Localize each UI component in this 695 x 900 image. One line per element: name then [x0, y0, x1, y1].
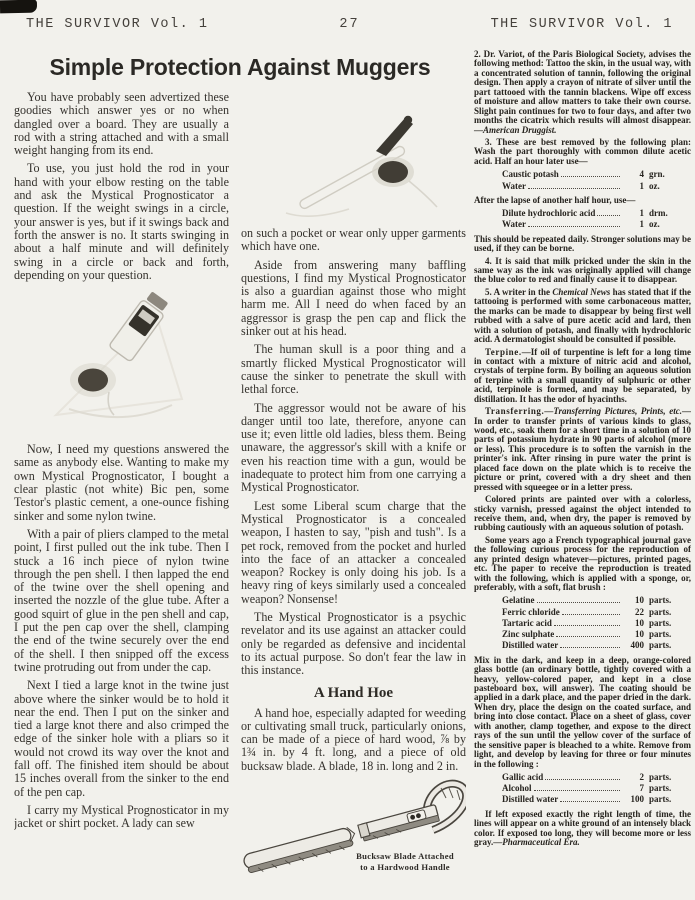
- recipe-table: Dilute hydrochloric acid 1 drm. Water 1 …: [474, 208, 691, 231]
- dot-leader: [545, 779, 620, 780]
- glue-bottle-sketch: [14, 287, 229, 439]
- ingredient-name: Distilled water: [502, 794, 558, 805]
- corner-scan-mark: [0, 0, 37, 13]
- paragraph: The Mystical Prognosticator is a psychic…: [241, 611, 466, 677]
- ingredient-unit: parts.: [644, 618, 685, 629]
- ingredient-unit: parts.: [644, 794, 685, 805]
- ingredient-unit: drm.: [644, 208, 685, 219]
- paragraph: This should be repeated daily. Stronger …: [474, 235, 691, 254]
- ingredient-name: Ferric chloride: [502, 607, 560, 618]
- ingredient-unit: parts.: [644, 607, 685, 618]
- column-right: 2. Dr. Variot, of the Paris Biological S…: [466, 50, 691, 892]
- ingredient-quantity: 4: [622, 169, 644, 180]
- ingredient-unit: parts.: [644, 629, 685, 640]
- source-citation: Pharmaceutical Era.: [502, 837, 580, 847]
- header-journal-right: THE SURVIVOR Vol. 1: [390, 17, 678, 32]
- recipe-row: Gelatine 10 parts.: [474, 595, 691, 606]
- dot-leader: [560, 801, 620, 802]
- paragraph: The aggressor would not be aware of his …: [241, 402, 466, 495]
- figure-caption: Bucksaw Blade Attached to a Hardwood Han…: [344, 851, 466, 872]
- ingredient-quantity: 10: [622, 618, 644, 629]
- ingredient-unit: oz.: [644, 181, 685, 192]
- ingredient-quantity: 22: [622, 607, 644, 618]
- recipe-row: Zinc sulphate 10 parts.: [474, 629, 691, 640]
- recipe-table: Gallic acid 2 parts. Alcohol 7 parts. Di…: [474, 772, 691, 806]
- page-header: THE SURVIVOR Vol. 1 27 THE SURVIVOR Vol.…: [0, 0, 695, 32]
- dot-leader: [597, 215, 620, 216]
- paragraph: 2. Dr. Variot, of the Paris Biological S…: [474, 50, 691, 135]
- article-title: Simple Protection Against Muggers: [14, 54, 466, 81]
- paragraph: Now, I need my questions answered the sa…: [14, 443, 229, 523]
- paragraph-text: has stated that if the tattooing is perf…: [474, 287, 691, 344]
- recipe-table: Gelatine 10 parts. Ferric chloride 22 pa…: [474, 595, 691, 651]
- recipe-row: Water 1 oz.: [474, 181, 691, 192]
- paragraph-transferring: Transferring.—Transferring Pictures, Pri…: [474, 407, 691, 492]
- ingredient-quantity: 100: [622, 794, 644, 805]
- ingredient-quantity: 1: [622, 208, 644, 219]
- paragraph: You have probably seen advertized these …: [14, 91, 229, 157]
- paragraph: The human skull is a poor thing and a sm…: [241, 343, 466, 396]
- dot-leader: [528, 188, 620, 189]
- dot-leader: [561, 176, 620, 177]
- recipe-row: Alcohol 7 parts.: [474, 783, 691, 794]
- paragraph-text: 2. Dr. Variot, of the Paris Biological S…: [474, 50, 691, 135]
- page-number: 27: [310, 17, 390, 32]
- pen-sketch: [241, 95, 466, 223]
- ingredient-name: Distilled water: [502, 640, 558, 651]
- paragraph: Aside from answering many baffling quest…: [241, 259, 466, 339]
- ingredient-name: Water: [502, 181, 526, 192]
- ingredient-name: Water: [502, 219, 526, 230]
- recipe-row: Water 1 oz.: [474, 219, 691, 230]
- ingredient-quantity: 1: [622, 181, 644, 192]
- paragraph-text: —If oil of turpentine is left for a long…: [474, 347, 691, 404]
- ingredient-unit: oz.: [644, 219, 685, 230]
- dot-leader: [560, 647, 620, 648]
- ingredient-name: Gallic acid: [502, 772, 543, 783]
- paragraph: 3. These are best removed by the followi…: [474, 138, 691, 166]
- bucksaw-hoe-illustration: Bucksaw Blade Attached to a Hardwood Han…: [241, 778, 466, 873]
- ingredient-name: Caustic potash: [502, 169, 559, 180]
- recipe-table: Caustic potash 4 grn. Water 1 oz.: [474, 169, 691, 192]
- dot-leader: [534, 790, 620, 791]
- paragraph: I carry my Mystical Prognosticator in my…: [14, 804, 229, 831]
- paragraph: With a pair of pliers clamped to the met…: [14, 528, 229, 674]
- ingredient-name: Gelatine: [502, 595, 535, 606]
- ingredient-unit: parts.: [644, 772, 685, 783]
- ingredient-quantity: 10: [622, 629, 644, 640]
- source-citation: American Druggist.: [483, 125, 557, 135]
- paragraph-text: —In order to transfer prints of various …: [474, 406, 691, 492]
- ingredient-unit: parts.: [644, 640, 685, 651]
- paragraph: Lest some Liberal scum charge that the M…: [241, 500, 466, 606]
- paragraph: on such a pocket or wear only upper garm…: [241, 227, 466, 254]
- dot-leader: [562, 614, 620, 615]
- paragraph: After the lapse of another half hour, us…: [474, 196, 691, 205]
- recipe-row: Ferric chloride 22 parts.: [474, 607, 691, 618]
- paragraph-terpine: Terpine.—If oil of turpentine is left fo…: [474, 348, 691, 405]
- paragraph: Colored prints are painted over with a c…: [474, 495, 691, 533]
- pen-sinker-illustration: [241, 95, 466, 223]
- ingredient-unit: grn.: [644, 169, 685, 180]
- page-body: Simple Protection Against Muggers You ha…: [0, 38, 695, 892]
- paragraph: Next I tied a large knot in the twine ju…: [14, 679, 229, 799]
- column-middle: on such a pocket or wear only upper garm…: [241, 91, 466, 873]
- ingredient-unit: parts.: [644, 595, 685, 606]
- scanned-page: THE SURVIVOR Vol. 1 27 THE SURVIVOR Vol.…: [0, 0, 695, 900]
- ingredient-quantity: 10: [622, 595, 644, 606]
- ingredient-name: Alcohol: [502, 783, 532, 794]
- dot-leader: [537, 602, 621, 603]
- paragraph: Mix in the dark, and keep in a deep, ora…: [474, 656, 691, 769]
- dot-leader: [528, 226, 620, 227]
- column-left: You have probably seen advertized these …: [14, 91, 229, 873]
- paragraph: To use, you just hold the rod in your ha…: [14, 162, 229, 282]
- paragraph: Some years ago a French typographical jo…: [474, 536, 691, 593]
- figure-caption-line1: Bucksaw Blade Attached: [344, 851, 466, 861]
- ingredient-quantity: 1: [622, 219, 644, 230]
- ingredient-unit: parts.: [644, 783, 685, 794]
- dot-leader: [554, 625, 620, 626]
- recipe-row: Tartaric acid 10 parts.: [474, 618, 691, 629]
- recipe-row: Distilled water 400 parts.: [474, 640, 691, 651]
- ingredient-name: Zinc sulphate: [502, 629, 554, 640]
- paragraph: 4. It is said that milk pricked under th…: [474, 257, 691, 285]
- paragraph: 5. A writer in the Chemical News has sta…: [474, 288, 691, 345]
- ingredient-quantity: 400: [622, 640, 644, 651]
- ingredient-quantity: 7: [622, 783, 644, 794]
- paragraph: If left exposed exactly the right length…: [474, 810, 691, 848]
- figure-caption-line2: to a Hardwood Handle: [344, 862, 466, 872]
- paragraph: A hand hoe, especially adapted for weedi…: [241, 707, 466, 773]
- recipe-row: Caustic potash 4 grn.: [474, 169, 691, 180]
- glue-bottle-illustration: [14, 287, 229, 439]
- ingredient-name: Dilute hydrochloric acid: [502, 208, 595, 219]
- recipe-row: Gallic acid 2 parts.: [474, 772, 691, 783]
- recipe-row: Distilled water 100 parts.: [474, 794, 691, 805]
- ingredient-name: Tartaric acid: [502, 618, 552, 629]
- dot-leader: [556, 636, 620, 637]
- section-heading-hand-hoe: A Hand Hoe: [241, 685, 466, 702]
- header-journal-left: THE SURVIVOR Vol. 1: [26, 17, 310, 32]
- recipe-row: Dilute hydrochloric acid 1 drm.: [474, 208, 691, 219]
- ingredient-quantity: 2: [622, 772, 644, 783]
